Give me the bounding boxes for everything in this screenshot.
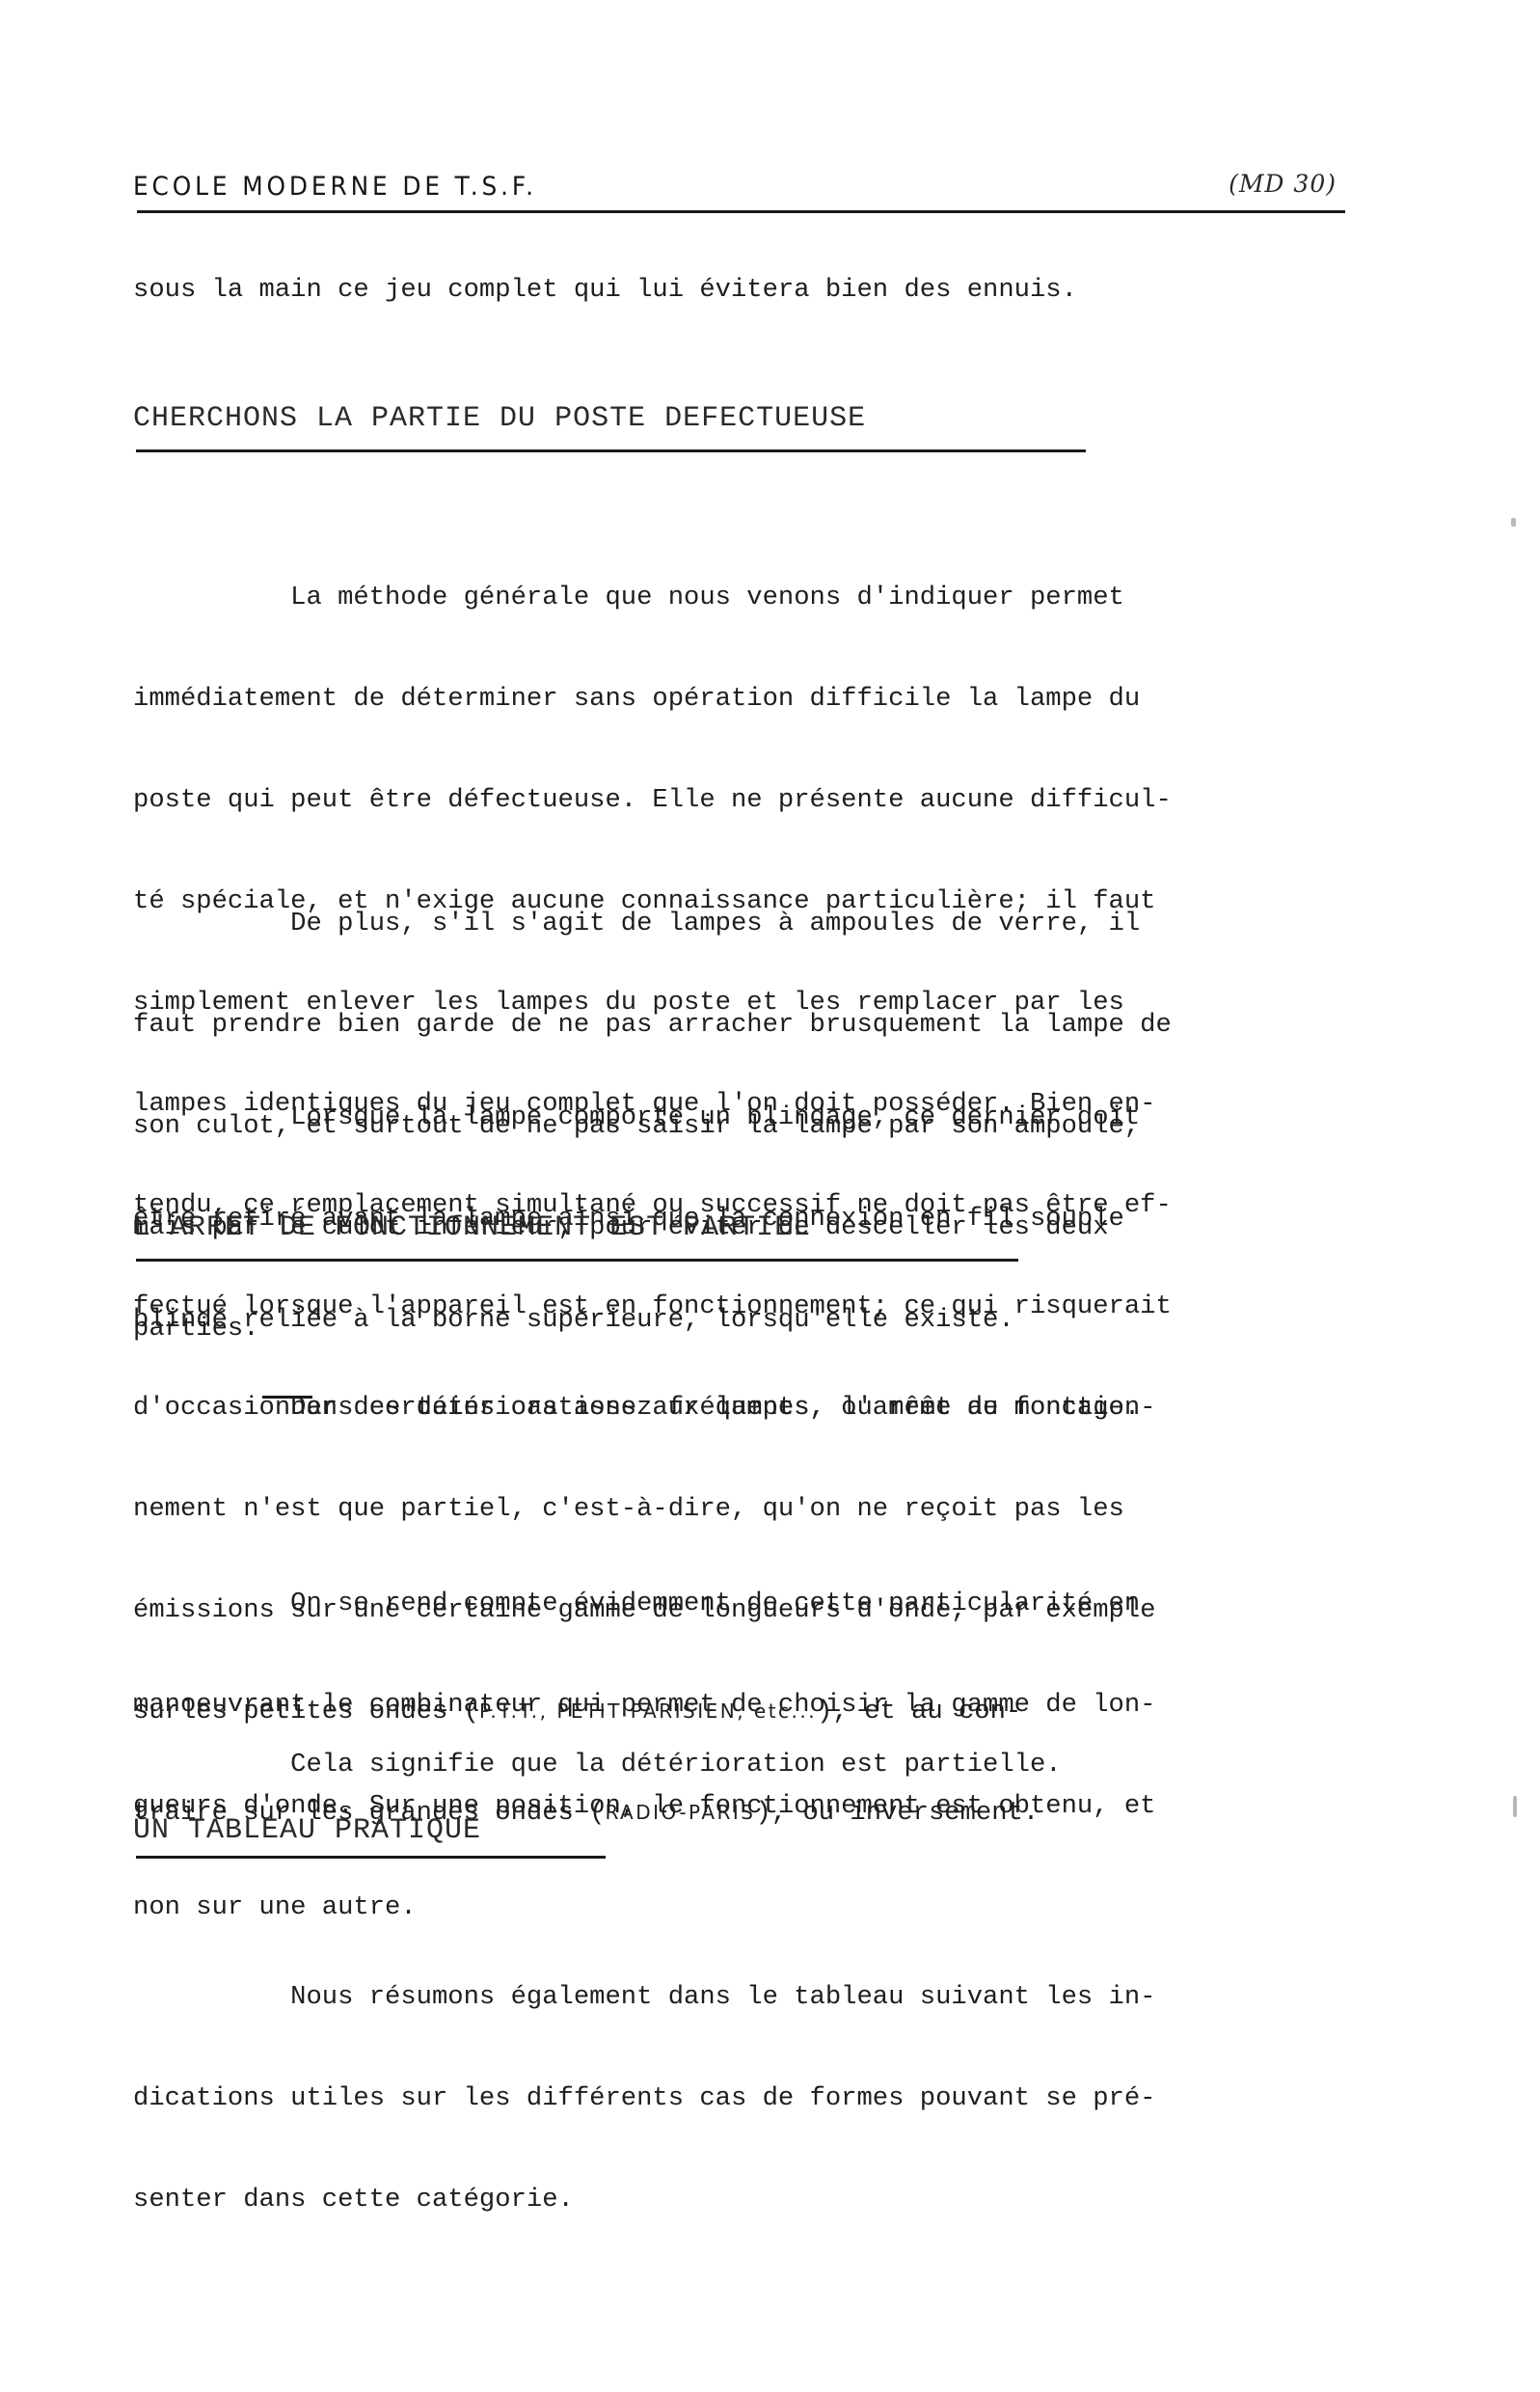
section-rule [136, 449, 1086, 452]
intro-line: sous la main ce jeu complet qui lui évit… [133, 273, 1077, 307]
text-line: Cela signifie que la détérioration est p… [133, 1748, 1358, 1781]
paragraph: Nous résumons également dans le tableau … [133, 1913, 1358, 2284]
text-line: Nous résumons également dans le tableau … [133, 1980, 1358, 2014]
page-reference: (MD 30) [1229, 170, 1337, 198]
school-name: ECOLE MODERNE DE T.S.F. [133, 172, 537, 202]
document-page: ECOLE MODERNE DE T.S.F. (MD 30) sous la … [0, 0, 1540, 2392]
text-line: Dans certains cas assez fréquents, l'arr… [133, 1391, 1358, 1425]
section-title-partial-failure: L'ARRET DE FONCTIONNEMENT EST PARTIEL [133, 1211, 811, 1244]
text-line: Lorsque la lampe comporte un blindage, c… [133, 1101, 1358, 1134]
text-line: dications utiles sur les différents cas … [133, 2081, 1358, 2115]
section-rule [136, 1259, 1018, 1262]
section-title-defective-part: CHERCHONS LA PARTIE DU POSTE DEFECTUEUSE [133, 402, 866, 435]
running-header: ECOLE MODERNE DE T.S.F. (MD 30) [133, 172, 1350, 212]
underline-mark [262, 1396, 312, 1399]
scan-speck [1513, 1796, 1517, 1817]
text-line: On se rend compte évidemment de cette pa… [133, 1587, 1358, 1620]
text-line: De plus, s'il s'agit de lampes à ampoule… [133, 907, 1358, 940]
scan-speck [1511, 518, 1516, 527]
header-rule [137, 210, 1345, 213]
text-line: La méthode générale que nous venons d'in… [133, 581, 1358, 614]
section-rule [136, 1856, 606, 1859]
section-title-practical-table: UN TABLEAU PRATIQUE [133, 1814, 481, 1847]
text-line: immédiatement de déterminer sans opérati… [133, 682, 1358, 716]
text-line: poste qui peut être défectueuse. Elle ne… [133, 783, 1358, 817]
text-line: senter dans cette catégorie. [133, 2183, 1358, 2216]
